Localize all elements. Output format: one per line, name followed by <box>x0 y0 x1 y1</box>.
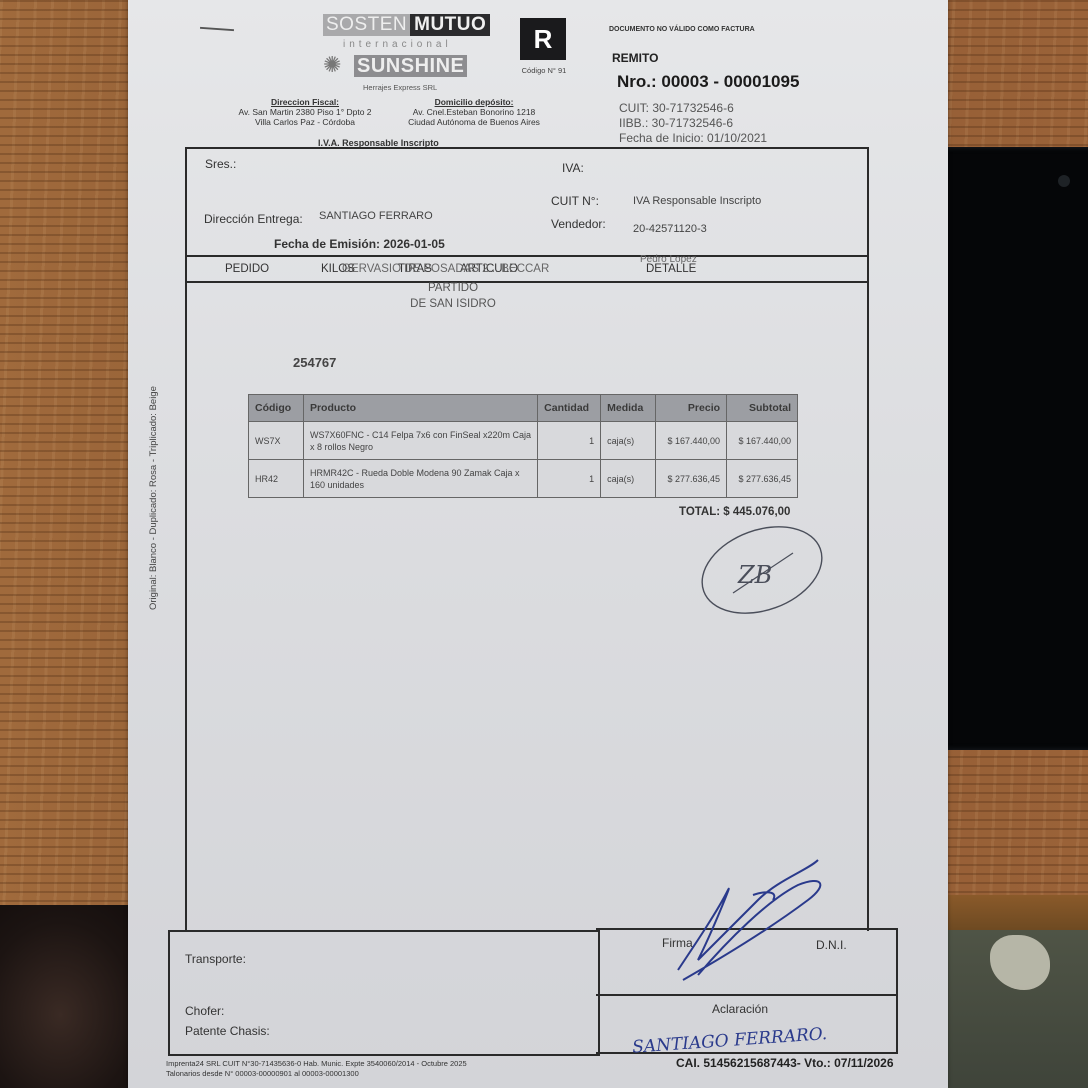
th-producto: Producto <box>303 395 537 422</box>
sunshine-logo: SUNSHINE <box>354 55 467 77</box>
cell-unit: caja(s) <box>601 422 656 460</box>
document-number: Nro.: 00003 - 00001095 <box>617 72 799 92</box>
th-cantidad: Cantidad <box>538 395 601 422</box>
client-box: Sres.: IVA: CUIT N°: IVA Responsable Ins… <box>185 147 869 257</box>
deposit-title: Domicilio depósito: <box>394 97 554 107</box>
brand-logo: SOSTEN MUTUO <box>323 14 490 36</box>
iva-label: IVA: <box>562 161 584 175</box>
table-edge <box>930 895 1088 930</box>
document-code: Código N° 91 <box>520 66 568 75</box>
cuit-label: CUIT N°: <box>551 194 599 208</box>
products-table: Código Producto Cantidad Medida Precio S… <box>248 394 798 498</box>
brand-part1: SOSTEN <box>323 14 410 36</box>
sres-label: Sres.: <box>205 157 236 171</box>
cell-product: HRMR42C - Rueda Doble Modena 90 Zamak Ca… <box>303 460 537 498</box>
cuit-value: IVA Responsable Inscripto <box>633 195 761 207</box>
issue-date: Fecha de Emisión: 2026-01-05 <box>274 237 445 251</box>
th-codigo: Código <box>249 395 304 422</box>
brand-tagline: internacional <box>343 39 452 50</box>
document-type: REMITO <box>612 51 658 65</box>
transport-box: Transporte: Chofer: Patente Chasis: <box>168 930 600 1056</box>
delivery-value: SANTIAGO FERRARO <box>319 210 433 222</box>
cell-quantity: 1 <box>538 460 601 498</box>
cell-unit: caja(s) <box>601 460 656 498</box>
pen-mark <box>200 27 234 31</box>
printer-info: Imprenta24 SRL CUIT N°30-71435636-0 Hab.… <box>166 1059 467 1079</box>
document-letter-box: R <box>520 18 566 60</box>
printer-line2: Talonarios desde N° 00003-00000901 al 00… <box>166 1069 467 1079</box>
start-date: Fecha de Inicio: 01/10/2021 <box>619 131 767 146</box>
issuer-iibb: IIBB.: 30-71732546-6 <box>619 116 767 131</box>
deposit-line1: Av. Cnel.Esteban Bonorino 1218 <box>394 107 554 117</box>
th-medida: Medida <box>601 395 656 422</box>
pencil-initials-stamp: ZB <box>698 525 828 620</box>
clarification-handwritten-text: SANTIAGO FERRARO. <box>632 1024 828 1055</box>
cell-subtotal: $ 167.440,00 <box>727 422 798 460</box>
printer-line1: Imprenta24 SRL CUIT N°30-71435636-0 Hab.… <box>166 1059 467 1069</box>
remito-document: SOSTEN MUTUO internacional ✺ SUNSHINE He… <box>128 0 948 1088</box>
order-number: 254767 <box>293 355 336 370</box>
cell-code: WS7X <box>249 422 304 460</box>
table-row: HR42 HRMR42C - Rueda Doble Modena 90 Zam… <box>249 460 798 498</box>
clarification-label: Aclaración <box>712 1002 768 1016</box>
issuer-cuit: CUIT: 30-71732546-6 <box>619 101 767 116</box>
fiscal-address: Direccion Fiscal: Av. San Martin 2380 Pi… <box>220 97 390 127</box>
seller-value: 20-42571120-3 <box>633 223 707 235</box>
deposit-address: Domicilio depósito: Av. Cnel.Esteban Bon… <box>394 97 554 127</box>
products-header-row: Código Producto Cantidad Medida Precio S… <box>249 395 798 422</box>
transport-label: Transporte: <box>185 952 246 966</box>
overlay-address-line2: PARTIDO <box>388 280 518 296</box>
chassis-label: Patente Chasis: <box>185 1024 270 1038</box>
handwritten-signature <box>658 850 838 1000</box>
th-subtotal: Subtotal <box>727 395 798 422</box>
company-name: Herrajes Express SRL <box>363 83 437 92</box>
stamp-initials: ZB <box>737 561 772 589</box>
brand-part2: MUTUO <box>410 14 490 36</box>
cell-code: HR42 <box>249 460 304 498</box>
cai-info: CAI. 51456215687443- Vto.: 07/11/2026 <box>676 1056 894 1070</box>
delivery-label: Dirección Entrega: <box>204 212 303 226</box>
seller-label: Vendedor: <box>551 217 606 231</box>
cell-product: WS7X60FNC - C14 Felpa 7x6 con FinSeal x2… <box>303 422 537 460</box>
cell-price: $ 277.636,45 <box>656 460 727 498</box>
handwritten-clarification: SANTIAGO FERRARO. <box>628 1020 858 1055</box>
cell-price: $ 167.440,00 <box>656 422 727 460</box>
overlay-address-cont: PARTIDO DE SAN ISIDRO <box>388 280 518 312</box>
col-pedido: PEDIDO <box>225 263 269 275</box>
issuer-tax-info: CUIT: 30-71732546-6 IIBB.: 30-71732546-6… <box>619 101 767 146</box>
driver-label: Chofer: <box>185 1004 224 1018</box>
order-total: TOTAL: $ 445.076,00 <box>679 506 790 518</box>
fiscal-line1: Av. San Martin 2380 Piso 1° Dpto 2 <box>220 107 390 117</box>
fiscal-line2: Villa Carlos Paz - Córdoba <box>220 117 390 127</box>
th-precio: Precio <box>656 395 727 422</box>
sun-icon: ✺ <box>323 52 341 78</box>
cell-subtotal: $ 277.636,45 <box>727 460 798 498</box>
columns-header-row: PEDIDO KILOS TIRAS ARTICULO DETALLE GERV… <box>185 255 869 283</box>
deposit-line2: Ciudad Autónoma de Buenos Aires <box>394 117 554 127</box>
cell-quantity: 1 <box>538 422 601 460</box>
overlay-address-line1: GERVASIO DE POSADAS 2... BECCAR <box>342 263 549 275</box>
table-row: WS7X WS7X60FNC - C14 Felpa 7x6 con FinSe… <box>249 422 798 460</box>
fiscal-title: Direccion Fiscal: <box>220 97 390 107</box>
copies-note: Original: Blanco - Duplicado: Rosa - Tri… <box>148 386 159 610</box>
overlay-seller: Pedro Lopez <box>640 254 697 265</box>
camera-icon <box>1058 175 1070 187</box>
overlay-address-line3: DE SAN ISIDRO <box>388 296 518 312</box>
not-invoice-note: DOCUMENTO NO VÁLIDO COMO FACTURA <box>609 26 755 33</box>
